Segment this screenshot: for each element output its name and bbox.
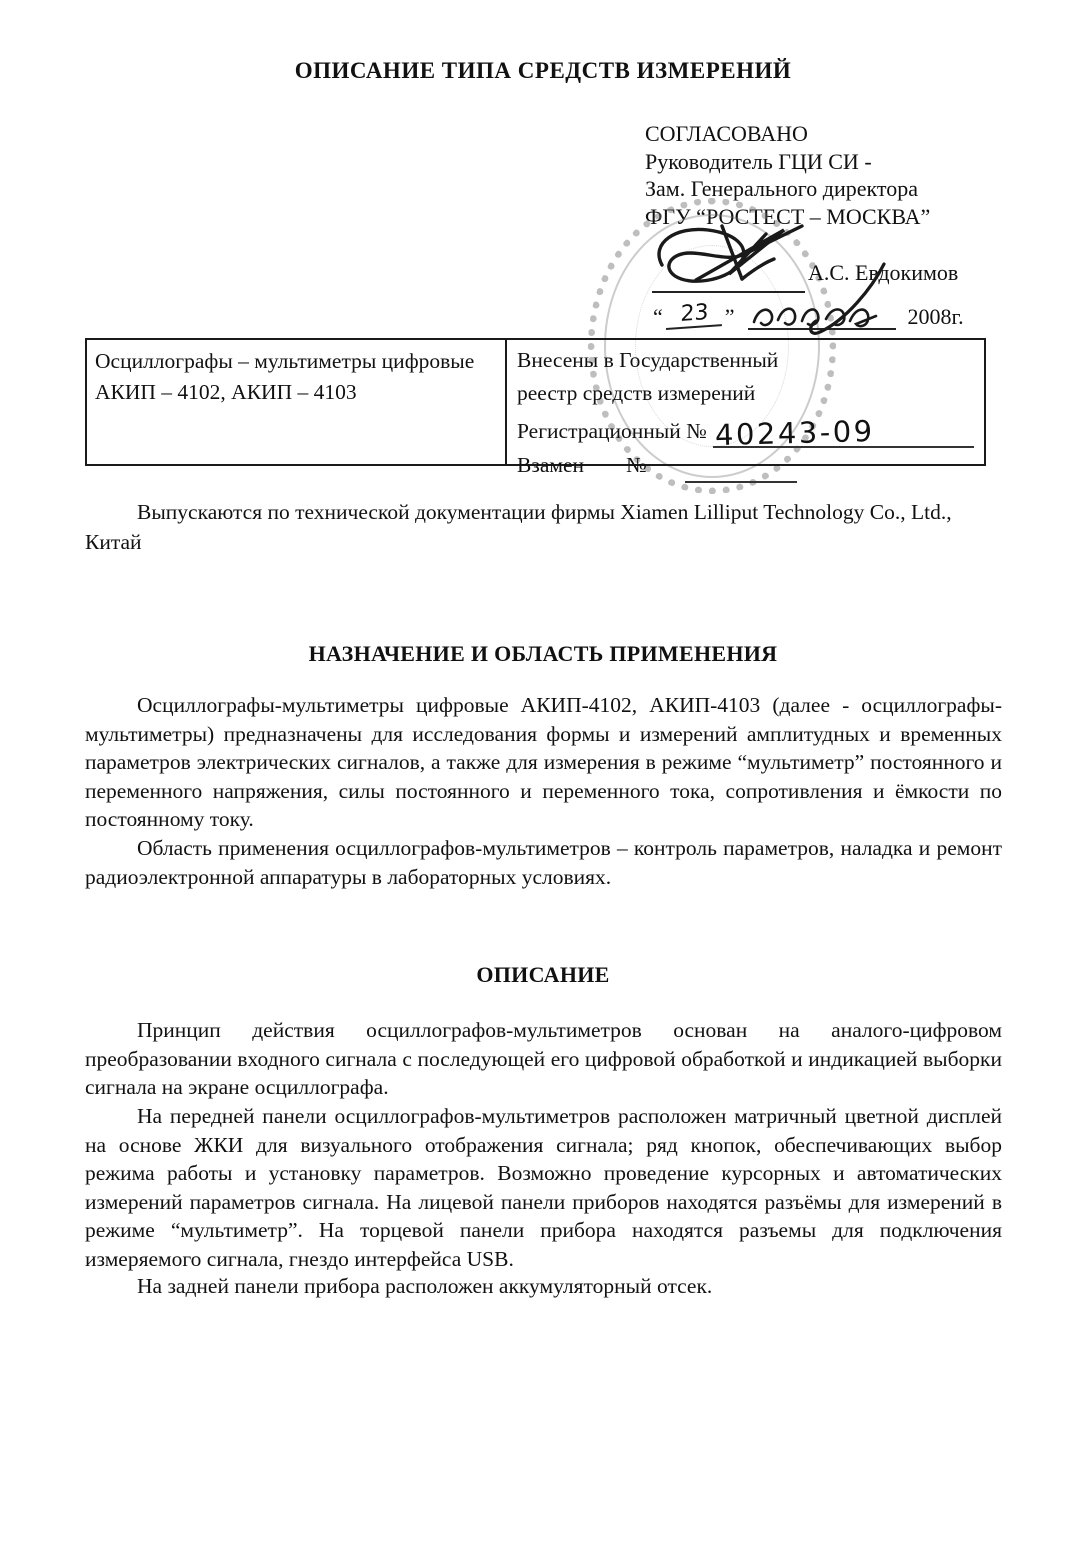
date-close-quote: ” (722, 304, 738, 330)
replacement-label: Взамен (517, 448, 584, 483)
description-paragraph: На передней панели осциллографов-мультим… (85, 1102, 1002, 1273)
approver-line: Зам. Генерального директора (645, 175, 930, 203)
approval-status: СОГЛАСОВАНО (645, 120, 930, 148)
approval-date: “ 23 ” 2008г. (650, 294, 964, 330)
approver-line: Руководитель ГЦИ СИ - (645, 148, 930, 176)
replacement-row: Взамен № (517, 448, 974, 483)
replacement-number-label: № (626, 448, 647, 483)
instrument-name-line: Осциллографы – мультиметры цифровые (95, 346, 497, 377)
purpose-paragraph: Область применения осциллографов-мультим… (85, 834, 1002, 891)
description-paragraph: Принцип действия осциллографов-мультимет… (85, 1016, 1002, 1102)
handwritten-month-scrawl-icon (748, 280, 898, 336)
registry-table: Осциллографы – мультиметры цифровые АКИП… (85, 338, 986, 466)
date-year: 2008г. (908, 304, 964, 330)
handwritten-registration-number: 40243-09 (714, 415, 874, 452)
registration-number-row: Регистрационный № 40243-09 (517, 410, 974, 448)
registry-cell: Внесены в Государственный реестр средств… (507, 340, 984, 464)
registry-line: Внесены в Государственный (517, 344, 974, 377)
registration-label: Регистрационный № (517, 415, 707, 448)
instrument-cell: Осциллографы – мультиметры цифровые АКИП… (87, 340, 507, 464)
manufacturer-note: Выпускаются по технической документации … (85, 497, 990, 557)
handwritten-month (748, 294, 896, 330)
section-heading-description: ОПИСАНИЕ (0, 962, 1086, 988)
instrument-models-line: АКИП – 4102, АКИП – 4103 (95, 377, 497, 408)
handwritten-day: 23 (666, 299, 723, 330)
replacement-blank-line (685, 451, 797, 483)
date-open-quote: “ (650, 304, 666, 330)
purpose-paragraph: Осциллографы-мультиметры цифровые АКИП-4… (85, 691, 1002, 834)
registration-number-line: 40243-09 (713, 410, 974, 448)
page-title: ОПИСАНИЕ ТИПА СРЕДСТВ ИЗМЕРЕНИЙ (0, 58, 1086, 84)
section-heading-purpose: НАЗНАЧЕНИЕ И ОБЛАСТЬ ПРИМЕНЕНИЯ (0, 641, 1086, 667)
registry-line: реестр средств измерений (517, 377, 974, 410)
description-paragraph: На задней панели прибора расположен акку… (85, 1272, 1002, 1301)
